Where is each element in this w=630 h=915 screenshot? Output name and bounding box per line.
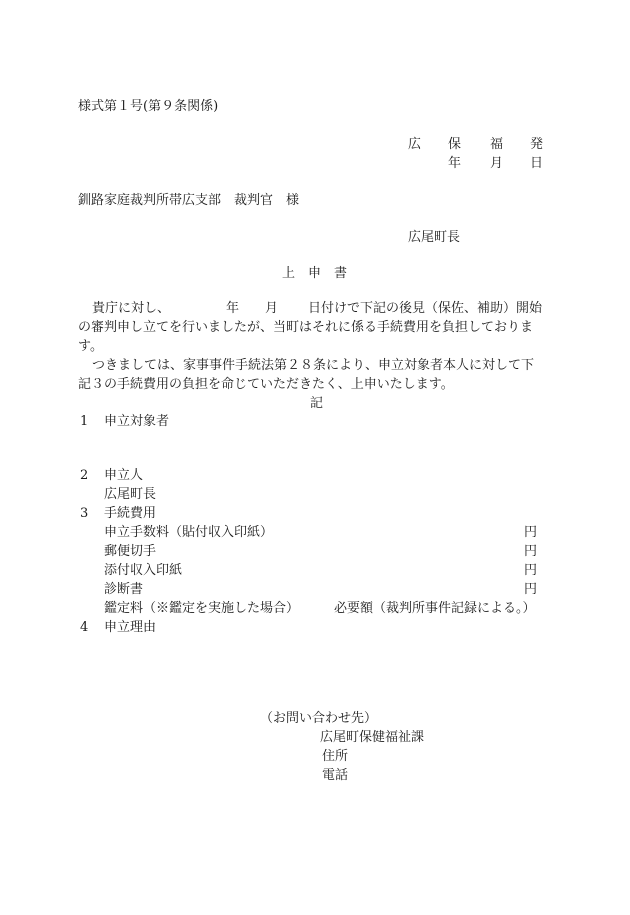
cost-filing-fee-label: 申立手数料（貼付収入印紙） bbox=[104, 524, 273, 542]
date-day: 日 bbox=[530, 155, 543, 173]
body-para1-end: 日付けで下記の後見（保佐、補助）開始 bbox=[308, 300, 542, 318]
item-4-label: 申立理由 bbox=[104, 619, 156, 637]
doc-ref-char-2: 保 bbox=[448, 136, 461, 154]
contact-address-label: 住所 bbox=[322, 748, 348, 766]
item-4-number: 4 bbox=[80, 619, 88, 637]
body-para1-line2: の審判申し立てを行いましたが、当町はそれに係る手続費用を負担しておりま bbox=[78, 319, 533, 337]
cost-appraisal-label: 鑑定料（※鑑定を実施した場合） bbox=[104, 600, 299, 618]
doc-ref-char-3: 福 bbox=[490, 136, 503, 154]
contact-phone-label: 電話 bbox=[322, 767, 348, 785]
body-para2-line1: つきましては、家事事件手続法第２８条により、申立対象者本人に対して下 bbox=[92, 357, 534, 375]
item-1-label: 申立対象者 bbox=[104, 413, 169, 431]
cost-filing-fee-unit: 円 bbox=[524, 524, 537, 542]
body-para1-start: 貴庁に対し、 bbox=[92, 300, 170, 318]
contact-heading: （お問い合わせ先） bbox=[260, 710, 377, 728]
cost-appraisal-note: 必要額（裁判所事件記録による。） bbox=[334, 600, 536, 618]
sender: 広尾町長 bbox=[408, 229, 460, 247]
cost-diagnosis-label: 診断書 bbox=[104, 581, 143, 599]
item-2-value: 広尾町長 bbox=[104, 486, 156, 504]
form-number: 様式第１号(第９条関係) bbox=[78, 98, 218, 116]
cost-revenue-stamp-label: 添付収入印紙 bbox=[104, 562, 182, 580]
contact-department: 広尾町保健福祉課 bbox=[320, 729, 424, 747]
cost-diagnosis-unit: 円 bbox=[524, 581, 537, 599]
date-year: 年 bbox=[448, 155, 461, 173]
item-1-number: 1 bbox=[80, 413, 88, 431]
body-para1-line3: す。 bbox=[78, 338, 103, 356]
doc-ref-char-1: 広 bbox=[408, 136, 421, 154]
addressee: 釧路家庭裁判所帯広支部 裁判官 様 bbox=[78, 192, 299, 210]
cost-postage-unit: 円 bbox=[524, 543, 537, 561]
body-para2-line2: 記３の手続費用の負担を命じていただきたく、上申いたします。 bbox=[78, 376, 454, 394]
item-2-label: 申立人 bbox=[104, 467, 143, 485]
ki-marker: 記 bbox=[310, 395, 323, 413]
cost-postage-label: 郵便切手 bbox=[104, 543, 156, 561]
item-2-number: 2 bbox=[80, 467, 88, 485]
body-para1-month: 月 bbox=[265, 300, 278, 318]
date-month: 月 bbox=[490, 155, 503, 173]
document-title: 上 申 書 bbox=[282, 265, 347, 283]
item-3-number: 3 bbox=[80, 505, 88, 523]
cost-revenue-stamp-unit: 円 bbox=[524, 562, 537, 580]
body-para1-year: 年 bbox=[226, 300, 239, 318]
doc-ref-char-4: 発 bbox=[530, 136, 543, 154]
item-3-label: 手続費用 bbox=[104, 505, 156, 523]
